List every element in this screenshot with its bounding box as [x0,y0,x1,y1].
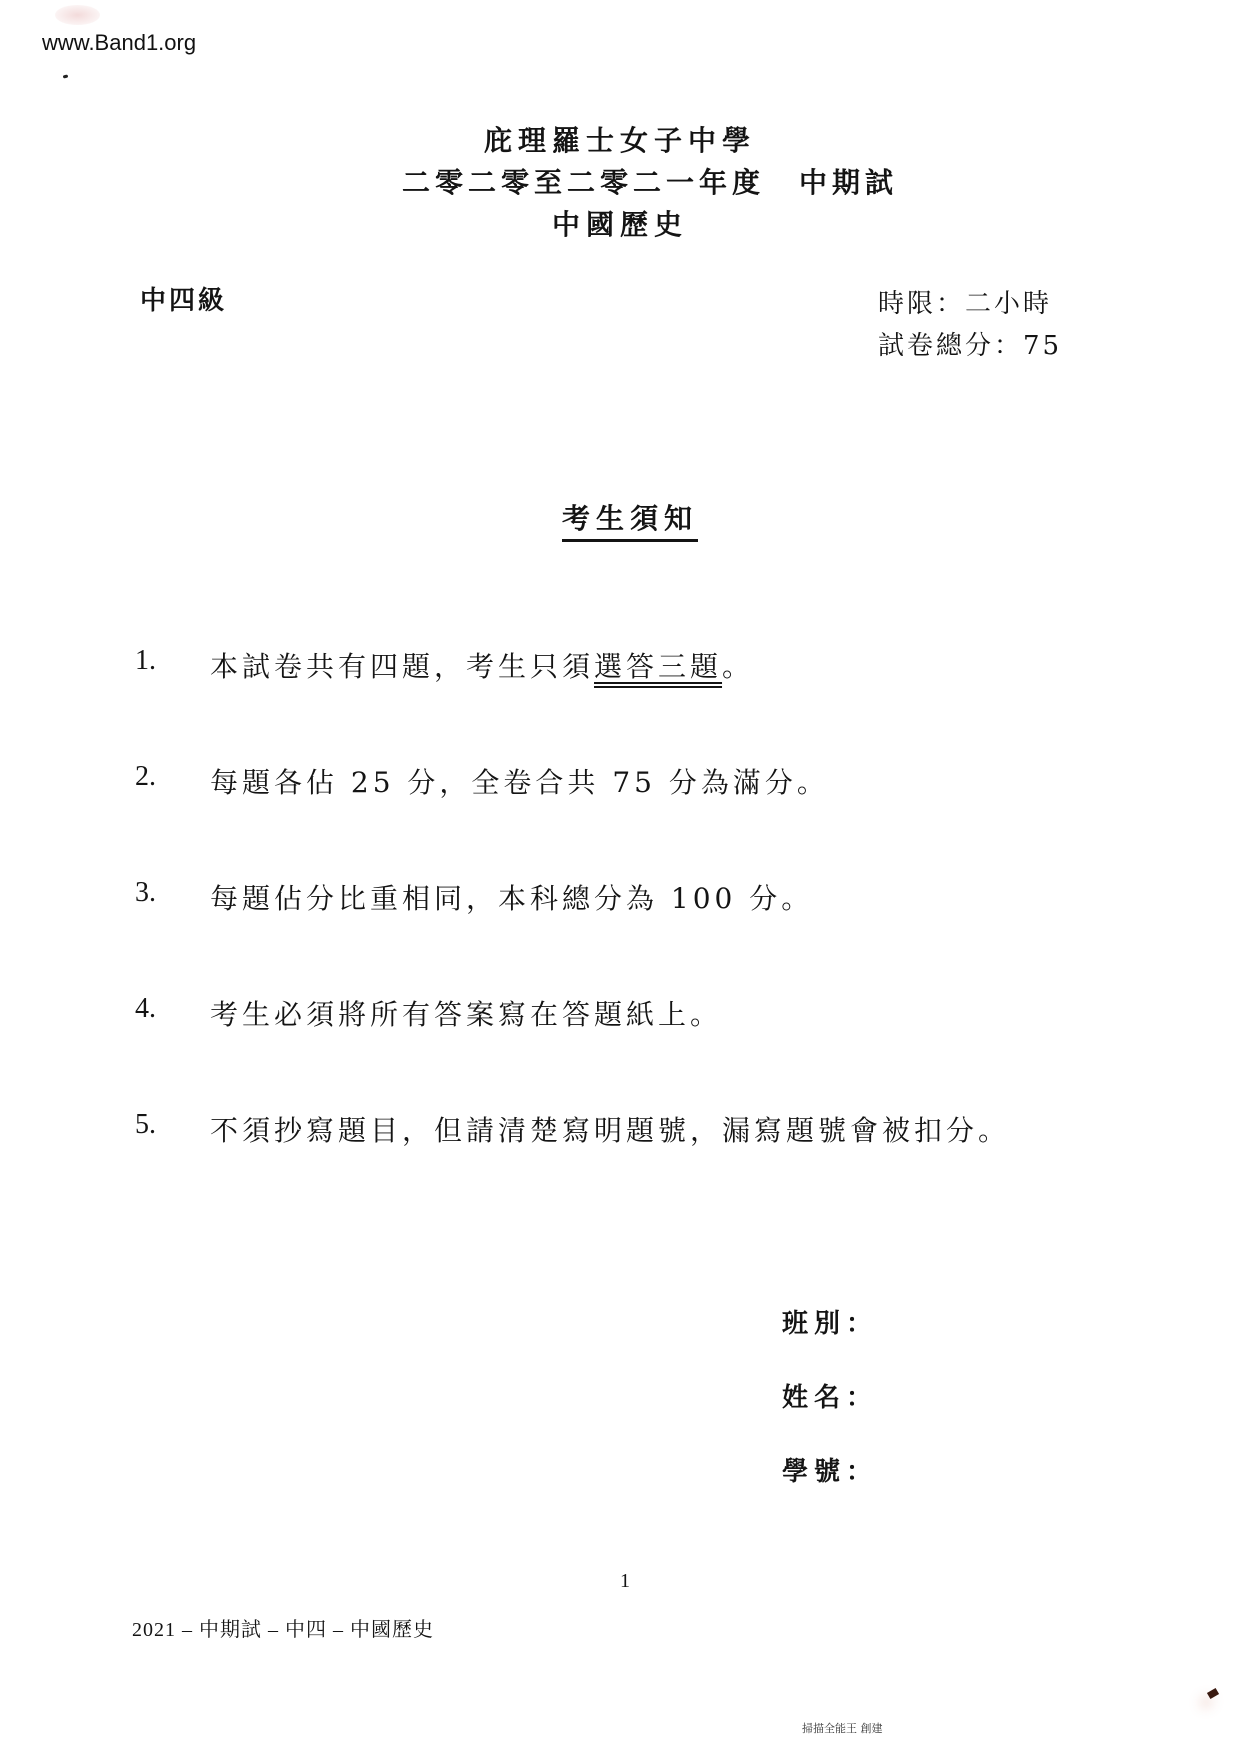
grade-level: 中四級 [140,280,227,317]
watermark-text: www.Band1.org [42,30,196,56]
instruction-number: 3. [135,877,210,909]
instruction-text: 每題各佔 25 分，全卷合共 75 分為滿分。 [210,761,829,801]
academic-year: 二零二零至二零二一年度 [402,166,765,199]
scanner-credit: 掃描全能王 創建 [802,1720,883,1736]
instruction-text: 不須抄寫題目，但請清楚寫明題號，漏寫題號會被扣分。 [210,1109,1010,1149]
instruction-number: 4. [135,993,210,1025]
emphasized-text: 選答三題 [594,650,722,683]
instruction-item: 4. 考生必須將所有答案寫在答題紙上。 [135,993,1010,1109]
school-name: 庇理羅士女子中學 [0,120,1240,162]
scan-smudge [55,5,100,25]
student-number-field-label: 學號： [782,1451,878,1525]
instruction-item: 1. 本試卷共有四題，考生只須選答三題。 [135,645,1010,761]
instruction-item: 3. 每題佔分比重相同，本科總分為 100 分。 [135,877,1010,993]
instruction-number: 1. [135,645,210,677]
page-number: 1 [620,1570,630,1593]
student-info-fields: 班別： 姓名： 學號： [782,1303,878,1525]
class-field-label: 班別： [782,1303,878,1377]
instructions-list: 1. 本試卷共有四題，考生只須選答三題。 2. 每題各佔 25 分，全卷合共 7… [135,645,1010,1225]
instruction-item: 5. 不須抄寫題目，但請清楚寫明題號，漏寫題號會被扣分。 [135,1109,1010,1225]
subject-title: 中國歷史 [0,204,1240,246]
name-field-label: 姓名： [782,1377,878,1451]
instruction-text-end: 。 [722,650,754,683]
exam-header: 庇理羅士女子中學 二零二零至二零二一年度中期試 中國歷史 [0,120,1240,246]
exam-type: 中期試 [799,166,898,199]
instruction-item: 2. 每題各佔 25 分，全卷合共 75 分為滿分。 [135,761,1010,877]
instruction-text: 考生必須將所有答案寫在答題紙上。 [210,993,722,1033]
time-limit: 時限：二小時 [878,283,1062,325]
total-marks: 試卷總分：75 [878,325,1062,367]
scan-corner-mark [1207,1688,1219,1699]
exam-meta: 時限：二小時 試卷總分：75 [878,283,1062,367]
footer-text: 2021 – 中期試 – 中四 – 中國歷史 [132,1613,434,1642]
exam-year-line: 二零二零至二零二一年度中期試 [0,162,1240,204]
instruction-text-part: 本試卷共有四題，考生只須 [210,650,594,683]
instruction-number: 5. [135,1109,210,1141]
notice-title-text: 考生須知 [562,502,698,542]
instruction-text: 每題佔分比重相同，本科總分為 100 分。 [210,877,813,917]
instruction-text: 本試卷共有四題，考生只須選答三題。 [210,645,754,685]
instruction-number: 2. [135,761,210,793]
notice-title: 考生須知 [0,497,1240,537]
scan-speck [63,74,69,78]
